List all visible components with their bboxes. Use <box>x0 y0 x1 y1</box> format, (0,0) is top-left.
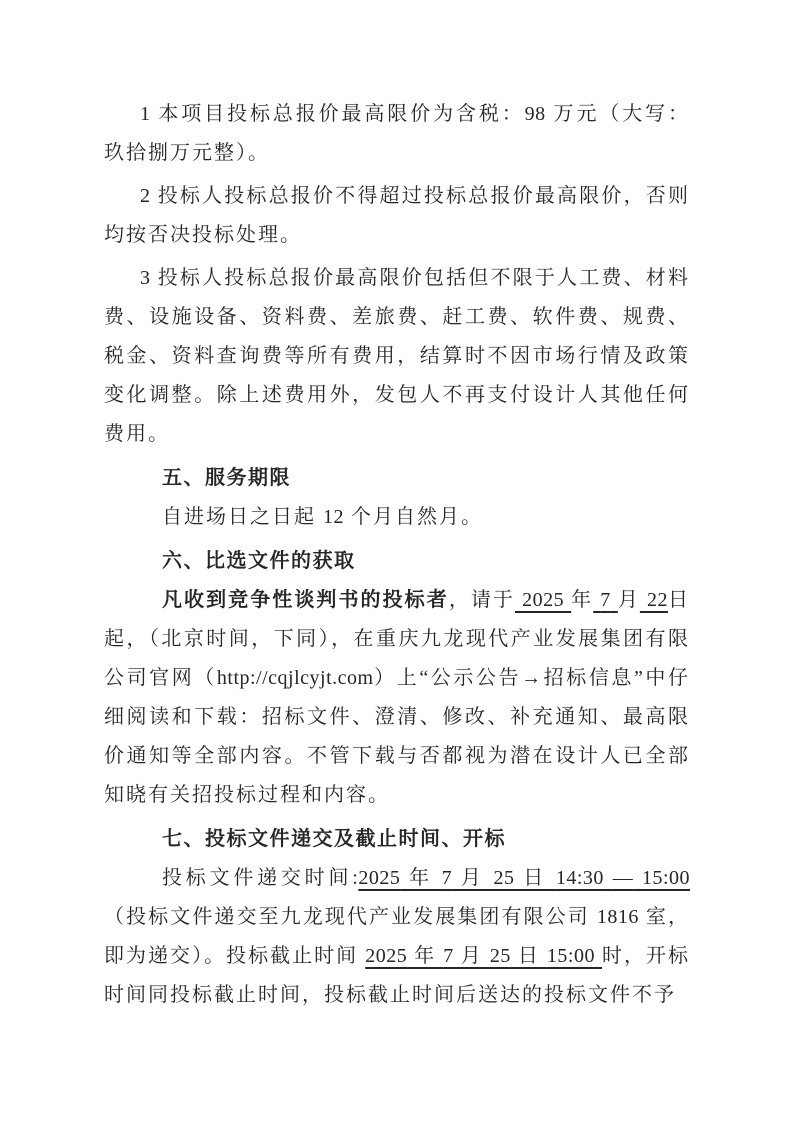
text-run: 年 <box>571 589 593 611</box>
para-submission-deadline: 投标文件递交时间:2025 年 7 月 25 日 14:30 — 15:00 （… <box>104 859 690 1015</box>
text-run: 投标文件递交时间: <box>162 867 358 889</box>
latin-text: 2025 <box>358 867 400 889</box>
latin-text: 3 <box>140 267 151 289</box>
text-run: 自进场日之日起 12 个月自然月。 <box>162 506 483 528</box>
bold-text-run: 七、投标文件递交及截止时间、开标 <box>162 828 506 850</box>
latin-text: 7 <box>600 589 611 611</box>
latin-text: 2 <box>140 185 151 207</box>
text-run: 2 投标人投标总报价不得超过投标总报价最高限价，否则均按否决投标处理。 <box>104 185 690 246</box>
latin-text: 2025 <box>522 589 564 611</box>
underlined-text-run: 2025 <box>515 589 571 611</box>
latin-text: 1 <box>140 103 151 125</box>
text-run: 1 本项目投标总报价最高限价为含税：98 万元（大写：玖拾捌万元整）。 <box>104 103 690 164</box>
para-document-acquisition: 凡收到竞争性谈判书的投标者，请于 2025 年 7 月 22日起，（北京时间，下… <box>104 581 690 815</box>
heading-section-6-document-acquisition: 六、比选文件的获取 <box>104 543 690 579</box>
bold-text-run: 六、比选文件的获取 <box>162 550 356 572</box>
text-run: ，请于 <box>449 589 515 611</box>
latin-text: 15:00 <box>547 945 595 967</box>
document-page: 1 本项目投标总报价最高限价为含税：98 万元（大写：玖拾捌万元整）。2 投标人… <box>0 0 793 1122</box>
underlined-text-run: 22 <box>640 589 668 611</box>
latin-text: 2025 <box>365 945 407 967</box>
latin-text: 1816 <box>597 906 639 928</box>
latin-text: 25 <box>490 945 511 967</box>
underlined-text-run: 2025 年 7 月 25 日 14:30 — 15:00 <box>358 867 690 889</box>
para-service-period: 自进场日之日起 12 个月自然月。 <box>104 498 690 537</box>
latin-text: 25 <box>494 867 515 889</box>
heading-section-5-service-period: 五、服务期限 <box>104 460 690 496</box>
bold-text-run: 五、服务期限 <box>162 467 291 489</box>
text-run: 3 投标人投标总报价最高限价包括但不限于人工费、材料费、设施设备、资料费、差旅费… <box>104 267 690 445</box>
text-run: 日起，（北京时间，下同），在重庆九龙现代产业发展集团有限公司官网（http://… <box>104 589 690 806</box>
para-price-inclusions: 3 投标人投标总报价最高限价包括但不限于人工费、材料费、设施设备、资料费、差旅费… <box>104 259 690 454</box>
heading-section-7-submission-deadline: 七、投标文件递交及截止时间、开标 <box>104 821 690 857</box>
latin-text: 12 <box>323 506 344 528</box>
underlined-text-run: 7 <box>593 589 618 611</box>
document-body: 1 本项目投标总报价最高限价为含税：98 万元（大写：玖拾捌万元整）。2 投标人… <box>104 95 690 1015</box>
bold-text-run: 凡收到竞争性谈判书的投标者 <box>162 589 449 611</box>
latin-text: 7 <box>442 867 453 889</box>
text-run: 月 <box>618 589 640 611</box>
latin-text: 7 <box>443 945 454 967</box>
para-max-price: 1 本项目投标总报价最高限价为含税：98 万元（大写：玖拾捌万元整）。 <box>104 95 690 173</box>
latin-text: — <box>613 867 634 889</box>
latin-text: http://cqjlcyjt.com <box>217 667 374 689</box>
underlined-text-run: 2025 年 7 月 25 日 15:00 <box>365 945 602 967</box>
latin-text: 15:00 <box>642 867 690 889</box>
para-price-cap-rule: 2 投标人投标总报价不得超过投标总报价最高限价，否则均按否决投标处理。 <box>104 177 690 255</box>
latin-text: 98 <box>525 103 546 125</box>
latin-text: 22 <box>647 589 668 611</box>
latin-text: 14:30 <box>556 867 604 889</box>
